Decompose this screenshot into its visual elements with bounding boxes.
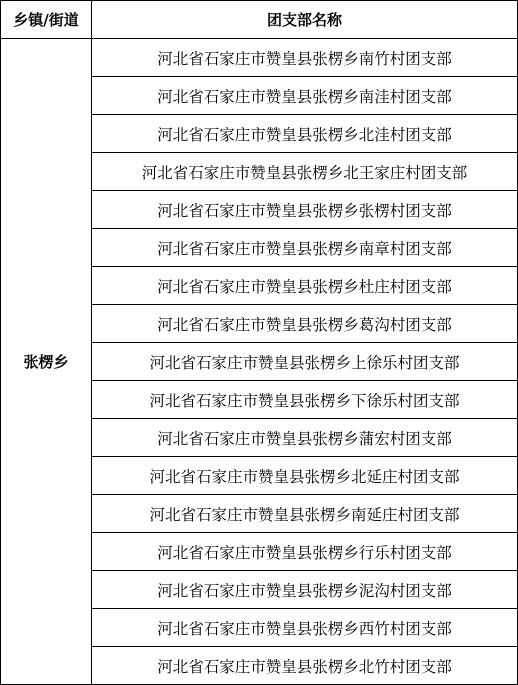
town-cell: 张楞乡 <box>1 39 92 685</box>
branch-cell: 河北省石家庄市赞皇县张楞乡南延庄村团支部 <box>92 495 518 533</box>
branch-cell: 河北省石家庄市赞皇县张楞乡泥沟村团支部 <box>92 571 518 609</box>
branch-cell: 河北省石家庄市赞皇县张楞乡北洼村团支部 <box>92 115 518 153</box>
branch-cell: 河北省石家庄市赞皇县张楞乡南竹村团支部 <box>92 39 518 77</box>
branch-cell: 河北省石家庄市赞皇县张楞乡上徐乐村团支部 <box>92 343 518 381</box>
branch-cell: 河北省石家庄市赞皇县张楞乡蒲宏村团支部 <box>92 419 518 457</box>
table-body: 张楞乡 河北省石家庄市赞皇县张楞乡南竹村团支部 河北省石家庄市赞皇县张楞乡南洼村… <box>1 39 518 685</box>
branch-cell: 河北省石家庄市赞皇县张楞乡北王家庄村团支部 <box>92 153 518 191</box>
branch-cell: 河北省石家庄市赞皇县张楞乡下徐乐村团支部 <box>92 381 518 419</box>
branch-cell: 河北省石家庄市赞皇县张楞乡杜庄村团支部 <box>92 267 518 305</box>
branch-cell: 河北省石家庄市赞皇县张楞乡西竹村团支部 <box>92 609 518 647</box>
youth-league-branch-table: 乡镇/街道 团支部名称 张楞乡 河北省石家庄市赞皇县张楞乡南竹村团支部 河北省石… <box>0 0 518 685</box>
branch-cell: 河北省石家庄市赞皇县张楞乡南洼村团支部 <box>92 77 518 115</box>
branch-cell: 河北省石家庄市赞皇县张楞乡南章村团支部 <box>92 229 518 267</box>
branch-cell: 河北省石家庄市赞皇县张楞乡张楞村团支部 <box>92 191 518 229</box>
header-town-street: 乡镇/街道 <box>1 1 92 39</box>
table-row: 张楞乡 河北省石家庄市赞皇县张楞乡南竹村团支部 <box>1 39 518 77</box>
header-branch-name: 团支部名称 <box>92 1 518 39</box>
branch-cell: 河北省石家庄市赞皇县张楞乡北延庄村团支部 <box>92 457 518 495</box>
branch-cell: 河北省石家庄市赞皇县张楞乡葛沟村团支部 <box>92 305 518 343</box>
table-header: 乡镇/街道 团支部名称 <box>1 1 518 39</box>
branch-cell: 河北省石家庄市赞皇县张楞乡行乐村团支部 <box>92 533 518 571</box>
branch-cell: 河北省石家庄市赞皇县张楞乡北竹村团支部 <box>92 647 518 685</box>
header-row: 乡镇/街道 团支部名称 <box>1 1 518 39</box>
